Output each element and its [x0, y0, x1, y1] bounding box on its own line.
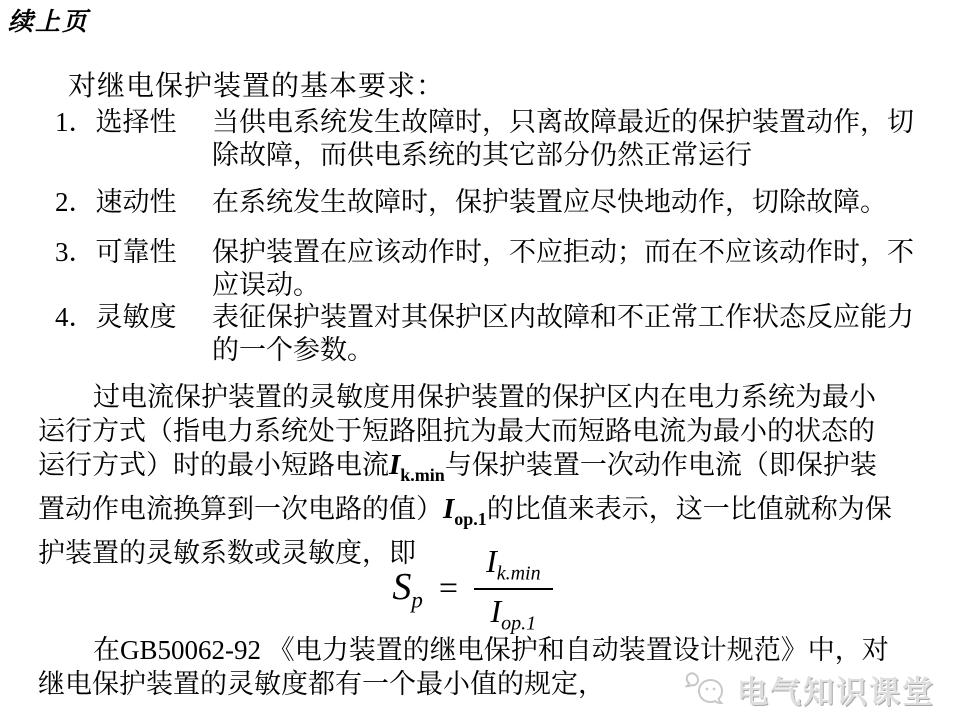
requirement-item-speed: 2．速动性 在系统发生故障时，保护装置应尽快地动作，切除故障。: [55, 186, 917, 219]
fraction: Ik.min Iop.1: [474, 543, 553, 636]
watermark: 电气知识课堂: [684, 667, 935, 712]
requirement-term: 速动性: [96, 187, 177, 217]
presentation-slide: 续上页 对继电保护装置的基本要求： 1．选择性 当供电系统发生故障时，只离故障最…: [0, 0, 960, 720]
requirement-number: 4．: [55, 302, 96, 332]
math-subscript: p: [411, 588, 423, 613]
math-base: I: [443, 493, 454, 525]
paragraph-sensitivity-definition: 过电流保护装置的灵敏度用保护装置的保护区内在电力系统为最小 运行方式（指电力系统…: [38, 380, 938, 570]
formula-lhs: Sp: [392, 565, 423, 614]
math-base: S: [392, 566, 411, 608]
requirement-number: 3．: [55, 237, 96, 267]
requirement-term: 灵敏度: [96, 302, 177, 332]
requirement-label: 4．灵敏度: [55, 301, 212, 367]
fraction-numerator: Ik.min: [474, 543, 553, 590]
math-subscript: op.1: [454, 509, 487, 529]
paragraph-line: 运行方式）时的最小短路电流Ik.min与保护装置一次动作电流（即保护装: [38, 448, 938, 492]
inline-math-ikmin: Ik.min: [389, 449, 445, 481]
requirement-item-reliability: 3．可靠性 保护装置在应该动作时，不应拒动；而在不应该动作时，不应误动。: [55, 236, 917, 302]
paragraph-line: 在GB50062-92 《电力装置的继电保护和自动装置设计规范》中，对: [38, 633, 938, 667]
requirement-item-sensitivity: 4．灵敏度 表征保护装置对其保护区内故障和不正常工作状态反应能力的一个参数。: [55, 301, 917, 367]
math-subscript: k.min: [400, 465, 445, 485]
requirement-label: 3．可靠性: [55, 236, 212, 302]
paragraph-text: 置动作电流换算到一次电路的值）: [38, 494, 443, 524]
chat-bubbles-icon: [684, 668, 730, 712]
requirement-number: 2．: [55, 187, 96, 217]
paragraph-line: 运行方式（指电力系统处于短路阻抗为最大而短路电流为最小的状态的: [38, 414, 938, 448]
equals-sign: =: [439, 570, 458, 608]
sensitivity-formula: Sp = Ik.min Iop.1: [0, 543, 945, 636]
requirement-term: 可靠性: [96, 237, 177, 267]
requirement-desc: 表征保护装置对其保护区内故障和不正常工作状态反应能力的一个参数。: [212, 301, 917, 367]
inline-math-iop1: Iop.1: [443, 493, 487, 525]
math-base: I: [389, 449, 400, 481]
paragraph-line: 置动作电流换算到一次电路的值）Iop.1的比值来表示，这一比值就称为保: [38, 492, 938, 536]
math-subscript: k.min: [497, 562, 541, 584]
requirement-number: 1．: [55, 107, 96, 137]
requirement-item-selectivity: 1．选择性 当供电系统发生故障时，只离故障最近的保护装置动作，切除故障，而供电系…: [55, 106, 917, 172]
requirement-desc: 保护装置在应该动作时，不应拒动；而在不应该动作时，不应误动。: [212, 236, 917, 302]
requirement-desc: 在系统发生故障时，保护装置应尽快地动作，切除故障。: [212, 186, 917, 219]
watermark-text: 电气知识课堂: [737, 667, 935, 712]
fraction-denominator: Iop.1: [479, 590, 549, 635]
math-base: I: [486, 543, 497, 579]
math-subscript: op.1: [501, 613, 536, 635]
requirement-label: 2．速动性: [55, 186, 212, 219]
requirement-desc: 当供电系统发生故障时，只离故障最近的保护装置动作，切除故障，而供电系统的其它部分…: [212, 106, 917, 172]
requirement-term: 选择性: [96, 107, 177, 137]
math-base: I: [491, 593, 502, 629]
paragraph-text: 的比值来表示，这一比值就称为保: [487, 494, 892, 524]
requirement-label: 1．选择性: [55, 106, 212, 172]
paragraph-line: 过电流保护装置的灵敏度用保护装置的保护区内在电力系统为最小: [38, 380, 938, 414]
paragraph-text: 与保护装置一次动作电流（即保护装: [445, 450, 877, 480]
slide-heading: 对继电保护装置的基本要求：: [68, 64, 445, 104]
paragraph-text: 运行方式）时的最小短路电流: [38, 450, 389, 480]
continuation-label: 续上页: [8, 2, 89, 38]
